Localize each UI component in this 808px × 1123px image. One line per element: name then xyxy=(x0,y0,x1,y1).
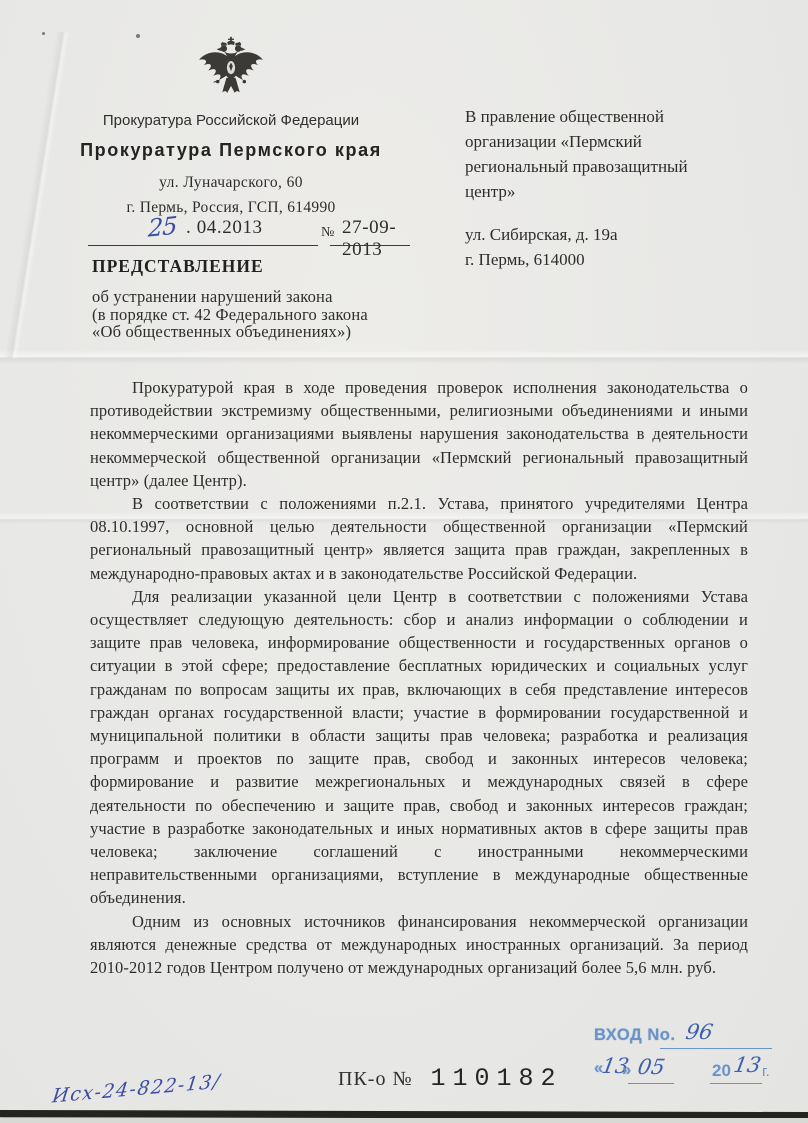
recipient-line: региональный правозащитный xyxy=(465,154,765,179)
subtitle-line: об устранении нарушений закона xyxy=(92,288,512,306)
document-title-block: ПРЕДСТАВЛЕНИЕ об устранении нарушений за… xyxy=(92,256,512,341)
scanned-letter-page: Прокуратура Российской Федерации Прокура… xyxy=(0,0,808,1123)
coat-of-arms-double-eagle-icon xyxy=(193,36,269,106)
date-underline xyxy=(88,245,318,246)
stamp-underline xyxy=(710,1083,762,1084)
document-subtitle: об устранении нарушений закона (в порядк… xyxy=(92,288,512,341)
subtitle-line: «Об общественных объединениях») xyxy=(92,323,512,341)
number-sign: № xyxy=(321,225,334,241)
stamp-year-suffix: г. xyxy=(762,1063,770,1080)
parent-org-name: Прокуратура Российской Федерации xyxy=(70,112,392,129)
incoming-registration-stamp: ВХОД No. 96 « 13 » 05 20 13 г. xyxy=(594,1026,784,1086)
scan-background-strip xyxy=(0,1118,808,1123)
paragraph: В соответствии с положениями п.2.1. Уста… xyxy=(90,492,748,585)
form-code-number: 110182 xyxy=(431,1064,563,1093)
stamp-underline xyxy=(660,1048,772,1049)
recipient-line: центр» xyxy=(465,179,765,204)
spacer xyxy=(465,204,765,222)
stamp-close-quote: » xyxy=(622,1061,632,1080)
org-name: Прокуратура Пермского края xyxy=(70,140,392,161)
subtitle-line: (в порядке ст. 42 Федерального закона xyxy=(92,306,512,324)
letter-body: Прокуратурой края в ходе проведения пров… xyxy=(90,376,748,979)
paragraph: Прокуратурой края в ходе проведения пров… xyxy=(90,376,748,492)
outgoing-doc-number: 27-09-2013 xyxy=(342,217,410,261)
paper-crease xyxy=(0,350,808,364)
stamp-row-date: « 13 » 05 20 13 г. xyxy=(594,1059,784,1086)
form-code: ПК-о № 110182 xyxy=(338,1064,563,1093)
recipient-line: В правление общественной xyxy=(465,104,765,129)
scan-speck xyxy=(42,32,45,35)
stamp-row-number: ВХОД No. 96 xyxy=(594,1026,784,1053)
sender-address-street: ул. Луначарского, 60 xyxy=(70,174,392,192)
stamp-handwritten-number: 96 xyxy=(684,1020,715,1044)
paragraph: Одним из основных источников финансирова… xyxy=(90,910,748,980)
stamp-underline xyxy=(628,1083,674,1084)
number-underline xyxy=(330,245,410,246)
date-and-number-line: 25 . 04.2013 № 27-09-2013 xyxy=(88,216,410,246)
date-printed: . 04.2013 xyxy=(186,217,263,239)
sender-address-city: г. Пермь, Россия, ГСП, 614990 xyxy=(70,199,392,217)
paper-crease xyxy=(4,31,69,359)
stamp-label: ВХОД No. xyxy=(594,1026,675,1044)
letterhead: Прокуратура Российской Федерации Прокура… xyxy=(70,36,392,217)
stamp-year-printed: 20 xyxy=(712,1061,731,1081)
document-title: ПРЕДСТАВЛЕНИЕ xyxy=(92,256,512,277)
stamp-handwritten-month: 05 xyxy=(636,1055,667,1079)
form-code-label: ПК-о № xyxy=(338,1068,413,1090)
handwritten-day: 25 xyxy=(148,211,177,242)
paragraph: Для реализации указанной цели Центр в со… xyxy=(90,585,748,910)
stamp-handwritten-year: 13 xyxy=(732,1053,763,1077)
handwritten-filing-note: Исх-24-822-13/ xyxy=(51,1070,222,1107)
recipient-address-street: ул. Сибирская, д. 19а xyxy=(465,222,765,247)
recipient-block: В правление общественной организации «Пе… xyxy=(465,104,765,272)
recipient-line: организации «Пермский xyxy=(465,129,765,154)
